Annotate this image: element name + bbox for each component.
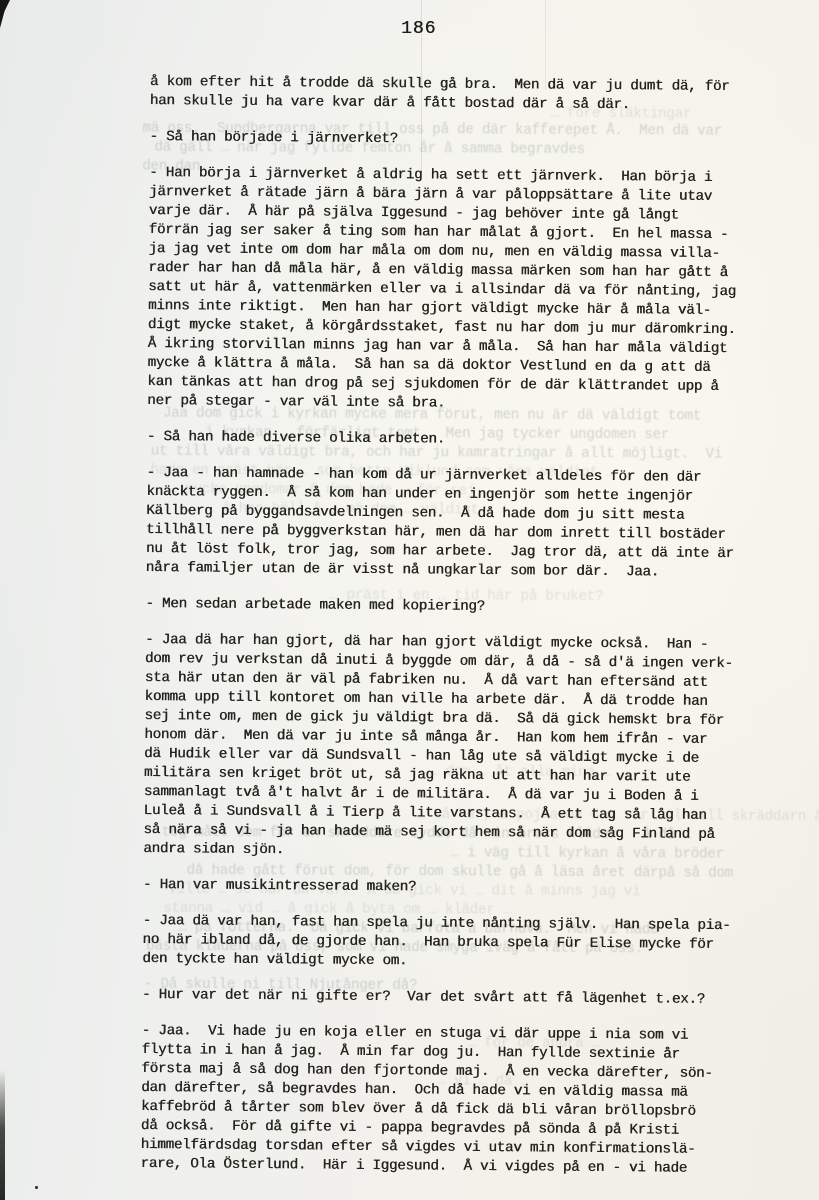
interviewer-question: - Så han hade diverse olika arbeten.: [147, 428, 792, 453]
interviewer-question: - Hur var det när ni gifte er? Var det s…: [142, 986, 787, 1011]
respondent-answer: - Jaa - han hamnade - han kom då ur järn…: [146, 464, 792, 584]
respondent-answer: - Jaa dä har han gjort, dä har han gjort…: [143, 631, 790, 865]
respondent-answer: - Han börja i järnverket å aldrig ha set…: [147, 164, 794, 417]
scanned-document-page: 186 … före släktingarmä oss. Sundbergarn…: [0, 0, 819, 1200]
respondent-answer: å kom efter hit å trodde dä skulle gå br…: [150, 73, 795, 117]
interview-transcript: å kom efter hit å trodde dä skulle gå br…: [140, 73, 795, 1197]
interviewer-question: - Så han började i järnverket?: [149, 128, 794, 153]
respondent-answer: - Jaa. Vi hade ju en koja eller en stuga…: [140, 1022, 786, 1180]
respondent-answer: - Jaa dä var han, fast han spela ju inte…: [142, 912, 787, 975]
interviewer-question: - Men sedan arbetade maken med kopiering…: [145, 595, 790, 620]
interviewer-question: - Han var musikintresserad maken?: [143, 876, 788, 901]
